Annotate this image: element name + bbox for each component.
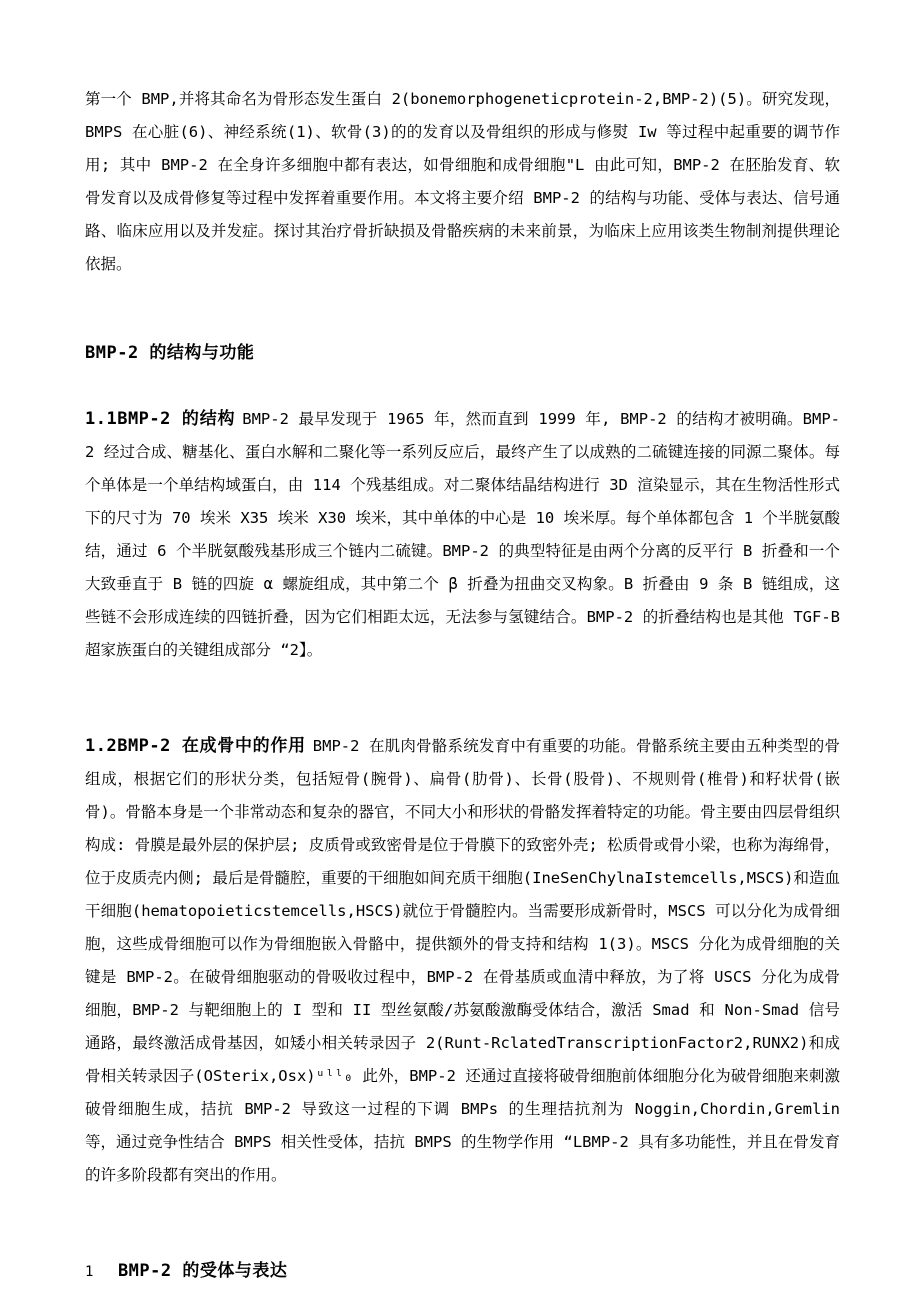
section-title-structure-function: BMP-2 的结构与功能 <box>85 337 840 370</box>
section-title-text: BMP-2 的受体与表达 <box>118 1261 287 1281</box>
section-title-receptor-expression: 1BMP-2 的受体与表达 <box>85 1255 840 1289</box>
section-1-2-paragraph: 1.2BMP-2 在成骨中的作用BMP-2 在肌肉骨骼系统发育中有重要的功能。骨… <box>85 730 840 1192</box>
section-1-1-body: BMP-2 最早发现于 1965 年，然而直到 1999 年, BMP-2 的结… <box>85 410 840 659</box>
section-1-1-heading: 1.1BMP-2 的结构 <box>85 409 235 429</box>
section-1-1-paragraph: 1.1BMP-2 的结构BMP-2 最早发现于 1965 年，然而直到 1999… <box>85 403 840 667</box>
intro-paragraph: 第一个 BMP,并将其命名为骨形态发生蛋白 2(bonemorphogeneti… <box>85 83 840 281</box>
section-1-2-heading: 1.2BMP-2 在成骨中的作用 <box>85 736 306 756</box>
section-1-2-body: BMP-2 在肌肉骨骼系统发育中有重要的功能。骨骼系统主要由五种类型的骨组成，根… <box>85 737 840 1184</box>
document-page: 第一个 BMP,并将其命名为骨形态发生蛋白 2(bonemorphogeneti… <box>0 0 920 1301</box>
section-number: 1 <box>85 1256 94 1289</box>
